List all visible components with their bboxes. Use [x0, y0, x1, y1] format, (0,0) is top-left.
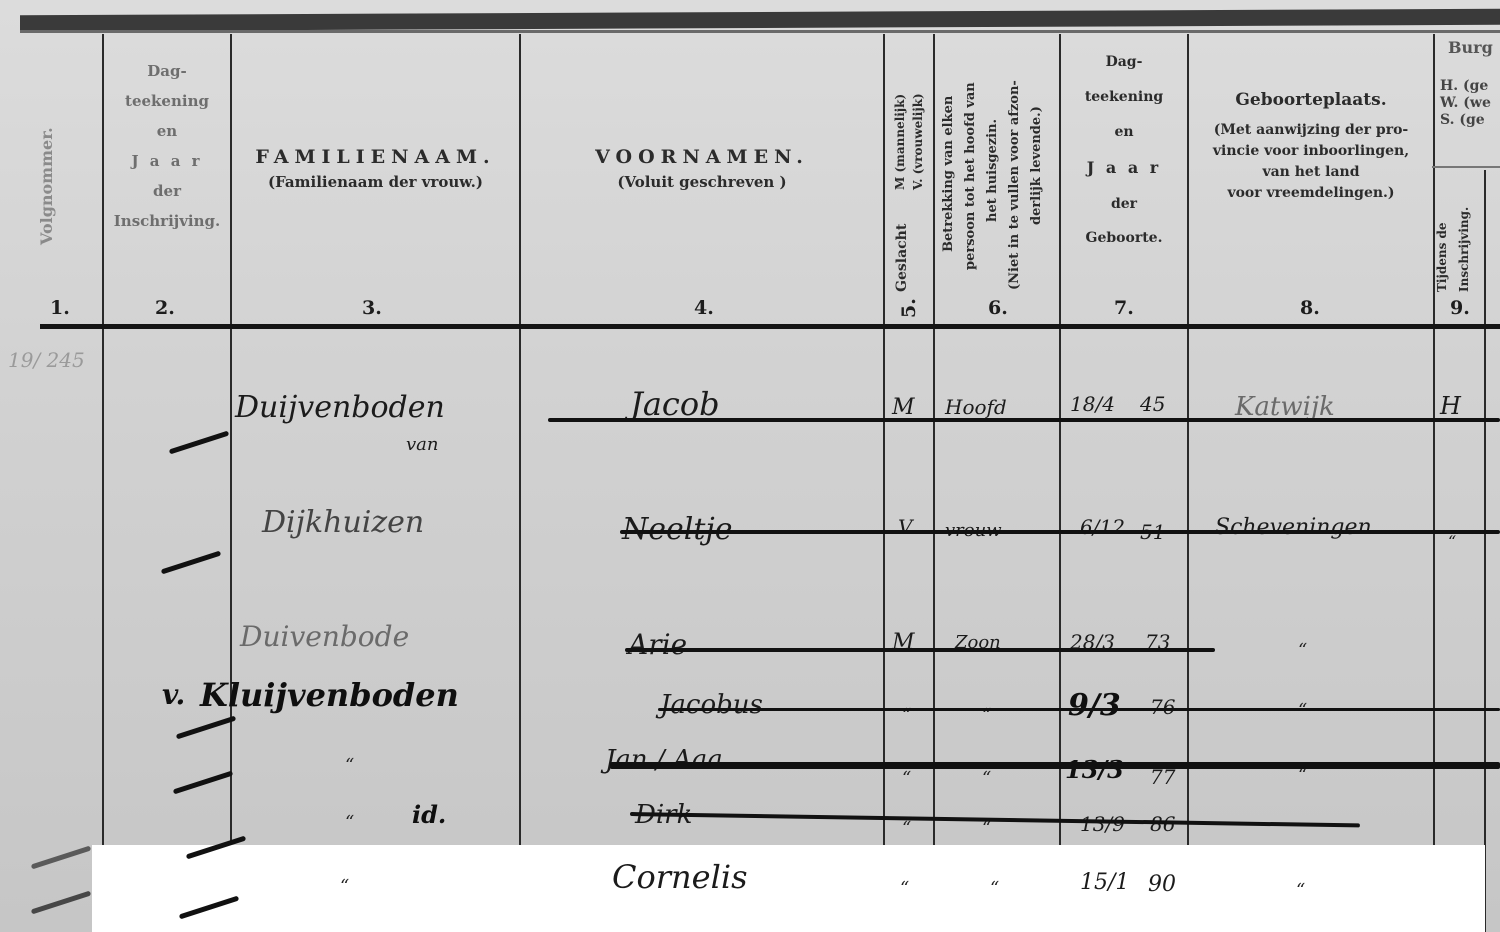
column-divider-5: [933, 34, 935, 932]
header-geslacht-v: V. (vrouwelijk): [912, 93, 926, 190]
column-number-2: 2.: [155, 297, 175, 319]
entry-tick: [31, 891, 92, 915]
header-title: VOORNAMEN.: [521, 146, 883, 169]
header-line: J a a r: [104, 152, 230, 170]
register-page: Volgnommer. 1. Dag- teekening en J a a r…: [0, 0, 1500, 932]
column-divider-4: [883, 34, 885, 932]
header-option: W. (we: [1440, 95, 1491, 112]
header-option: H. (ge: [1440, 78, 1491, 95]
header-burg: Burg: [1448, 38, 1493, 57]
row2-geboorte-dag: 6/12: [1080, 515, 1125, 539]
row7-geboorte-jaar: 90: [1148, 872, 1176, 897]
row5-familienaam: “: [345, 755, 354, 776]
row5-geslacht: “: [902, 768, 911, 789]
top-border-band: [20, 9, 1500, 31]
row2-geboorteplaats: Scheveningen: [1215, 515, 1372, 540]
row7-voornamen: Cornelis: [612, 858, 747, 896]
header-line: van het land: [1189, 164, 1433, 181]
row4-voornamen: Jacobus: [660, 690, 763, 720]
header-geboorte: Dag- teekening en J a a r der Geboorte.: [1061, 54, 1187, 247]
header-burg-options: H. (ge W. (we S. (ge: [1440, 78, 1491, 128]
header-line: Dag-: [104, 62, 230, 80]
row7-geslacht: “: [900, 878, 909, 899]
header-inschrijving-sub: Inschrijving.: [1458, 207, 1472, 292]
row1-strikethrough: [548, 418, 1500, 422]
column-number-8: 8.: [1300, 297, 1320, 319]
header-geboorteplaats: Geboorteplaats. (Met aanwijzing der pro-…: [1189, 90, 1433, 202]
row4-familienaam: Kluijvenboden: [200, 676, 459, 714]
header-betrekking-2: persoon tot het hoofd van: [964, 82, 979, 270]
row6-strikethrough: [630, 812, 1360, 827]
row1-geboorte-jaar: 45: [1140, 392, 1165, 416]
row2-geslacht: V: [898, 515, 912, 539]
row1-geboorte-dag: 18/4: [1070, 392, 1115, 416]
header-subtitle: (Familienaam der vrouw.): [232, 173, 519, 191]
row6-geboorte-dag: 13/9: [1080, 812, 1125, 836]
row1-geslacht: M: [892, 395, 915, 420]
row4-strikethrough: [658, 708, 1500, 711]
header-title: Geboorteplaats.: [1189, 90, 1433, 110]
column-number-9: 9.: [1450, 297, 1470, 319]
row3-voornamen: Arie: [628, 628, 687, 661]
header-inschrijving: Dag- teekening en J a a r der Inschrijvi…: [104, 62, 230, 230]
row1-familienaam-extra: van: [406, 434, 439, 455]
entry-tick: [161, 551, 222, 575]
row7-betrekking: “: [990, 878, 999, 899]
column-number-5: 5.: [898, 298, 920, 318]
row5-strikethrough: [610, 762, 1500, 769]
row1-familienaam: Duijvenboden: [235, 390, 445, 425]
header-line: teekening: [1061, 89, 1187, 106]
entry-tick: [176, 716, 237, 740]
entry-tick: [31, 846, 92, 870]
row3-geboorteplaats: “: [1298, 640, 1307, 661]
row5-voornamen: Jan / Aaa: [605, 745, 723, 775]
header-line: teekening: [104, 92, 230, 110]
header-line: J a a r: [1061, 158, 1187, 177]
header-title: FAMILIENAAM.: [232, 146, 519, 169]
row1-burg: H: [1440, 392, 1461, 420]
column-number-4: 4.: [694, 297, 714, 319]
header-line: der: [1061, 196, 1187, 213]
row4-familienaam-prefix: v.: [162, 678, 185, 711]
entry-tick: [169, 431, 230, 455]
row5-geboorte-dag: 13/3: [1065, 755, 1124, 784]
header-line: der: [104, 182, 230, 200]
column-number-6: 6.: [988, 297, 1008, 319]
column-divider-9: [1484, 170, 1486, 932]
row6-geslacht: “: [902, 818, 911, 839]
header-betrekking-3: het huisgezin.: [986, 119, 1001, 222]
header-betrekking-4: (Niet in te vullen voor afzon-: [1008, 80, 1023, 290]
row4-geboorte-jaar: 76: [1150, 695, 1175, 719]
volgnummer-note: 19/ 245: [8, 348, 85, 372]
scan-patch: [92, 845, 1485, 932]
column-number-7: 7.: [1114, 297, 1134, 319]
header-line: en: [104, 122, 230, 140]
row3-familienaam: Duivenbode: [240, 620, 409, 653]
row2-burg: “: [1448, 532, 1456, 551]
row3-strikethrough: [625, 648, 1215, 652]
row1-betrekking: Hoofd: [945, 395, 1007, 419]
header-option: S. (ge: [1440, 112, 1491, 129]
header-bottom-rule: [40, 324, 1500, 329]
row5-betrekking: “: [982, 768, 991, 789]
column-number-1: 1.: [50, 297, 70, 319]
header-line: Geboorte.: [1061, 230, 1187, 247]
header-betrekking-1: Betrekking van elken: [942, 96, 957, 252]
header-line: Inschrijving.: [104, 212, 230, 230]
header-geslacht-m: M (mannelijk): [894, 94, 908, 190]
row2-strikethrough: [620, 530, 1500, 534]
entry-tick: [173, 771, 234, 795]
header-betrekking-5: derlijk levende.): [1030, 106, 1045, 225]
header-line: Dag-: [1061, 54, 1187, 71]
burg-subheader-rule: [1432, 166, 1500, 168]
top-border-rule: [20, 30, 1500, 33]
row6-familienaam: id.: [412, 800, 446, 829]
row7-familienaam: “: [340, 876, 349, 897]
header-line: voor vreemdelingen.): [1189, 185, 1433, 202]
column-divider-8: [1433, 34, 1435, 932]
header-volgnommer: Volgnommer.: [38, 127, 56, 245]
row2-familienaam: Dijkhuizen: [262, 505, 424, 540]
row7-geboorteplaats: “: [1296, 880, 1305, 901]
header-geslacht: Geslacht: [894, 224, 910, 292]
header-tijdens: Tijdens de: [1436, 222, 1450, 292]
header-subtitle: (Voluit geschreven ): [521, 173, 883, 191]
column-number-3: 3.: [362, 297, 382, 319]
header-voornamen: VOORNAMEN. (Voluit geschreven ): [521, 146, 883, 191]
row6-ditto: “: [345, 812, 354, 833]
header-line: en: [1061, 124, 1187, 141]
header-line: vincie voor inboorlingen,: [1189, 143, 1433, 160]
header-familienaam: FAMILIENAAM. (Familienaam der vrouw.): [232, 146, 519, 191]
row4-geboorte-dag: 9/3: [1068, 688, 1121, 723]
row7-geboorte-dag: 15/1: [1080, 870, 1129, 895]
header-line: (Met aanwijzing der pro-: [1189, 122, 1433, 139]
